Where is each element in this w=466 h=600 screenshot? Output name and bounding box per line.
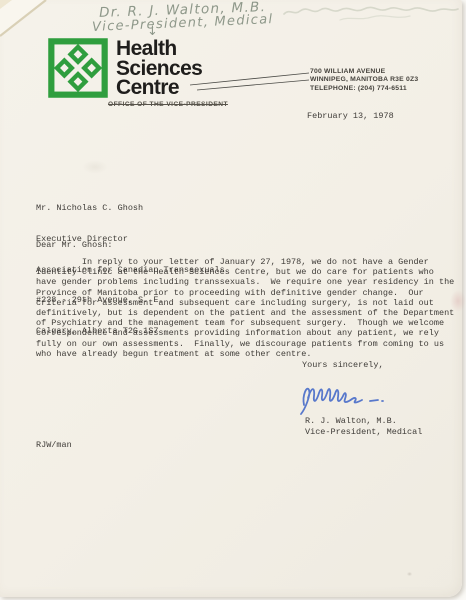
pink-smudge-artifact (450, 290, 466, 312)
signature-name: R. J. Walton, M.B. (305, 416, 397, 426)
signature-ink-mark (296, 380, 400, 416)
letterhead-address-block: 700 WILLIAM AVENUE WINNIPEG, MANITOBA R3… (310, 68, 418, 93)
health-sciences-centre-logo-icon (47, 37, 109, 99)
address-line-phone: TELEPHONE: (204) 774-6511 (310, 85, 418, 93)
letter-paper: Dr. R. J. Walton, M.B. Vice-President, M… (0, 0, 462, 597)
faint-handwriting-mark (280, 0, 462, 26)
recipient-name: Mr. Nicholas C. Ghosh (36, 203, 225, 213)
folded-corner-mark (0, 0, 50, 40)
scanned-letter-page: Dr. R. J. Walton, M.B. Vice-President, M… (0, 0, 466, 600)
address-line-street: 700 WILLIAM AVENUE (310, 68, 418, 76)
office-of-vice-president-struck: OFFICE OF THE VICE-PRESIDENT (108, 101, 228, 108)
address-line-city: WINNIPEG, MANITOBA R3E 0Z3 (310, 76, 418, 84)
speck-artifact (407, 572, 412, 576)
letterhead-wordmark-line1: Health (116, 39, 202, 59)
faint-stain-artifact (82, 160, 108, 174)
letterhead-rule-lines (185, 68, 315, 94)
signature-title: Vice-President, Medical (305, 427, 422, 437)
reference-initials: RJW/man (36, 440, 72, 450)
letter-body: In reply to your letter of January 27, 1… (36, 257, 460, 359)
closing: Yours sincerely, (302, 360, 384, 370)
letter-date: February 13, 1978 (307, 111, 394, 121)
salutation: Dear Mr. Ghosh: (36, 240, 113, 250)
